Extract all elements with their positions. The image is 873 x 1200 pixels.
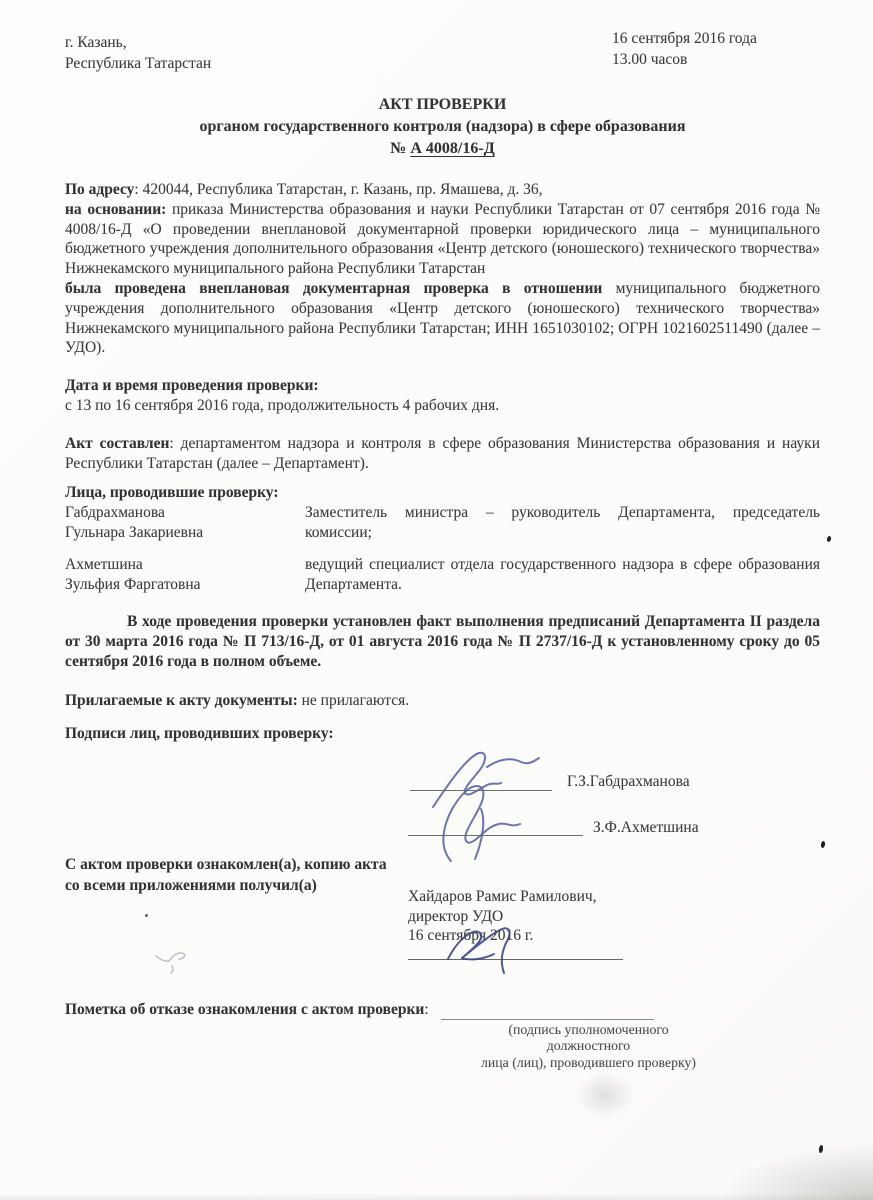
- basis-label: на основании:: [65, 201, 166, 218]
- address-text: : 420044, Республика Татарстан, г. Казан…: [134, 181, 542, 198]
- pencil-mark: [152, 942, 192, 976]
- title-number-line: № А 4008/16-Д: [65, 138, 820, 160]
- person-name-block: Ахметшина Зульфия Фаргатовна: [65, 555, 305, 595]
- refusal-colon: :: [424, 1001, 428, 1018]
- signature-khaidarov: [440, 921, 535, 976]
- date-block: 16 сентября 2016 года 13.00 часов: [612, 28, 757, 70]
- address-paragraph: По адресу: 420044, Республика Татарстан,…: [65, 180, 820, 200]
- date-line: 16 сентября 2016 года: [612, 28, 757, 49]
- ink-speck: [826, 536, 831, 543]
- refusal-blank-line: [441, 1004, 654, 1020]
- refusal-note-line-1: (подпись уполномоченного должностного: [470, 1022, 707, 1055]
- persons-section: Лица, проводившие проверку: Габдрахманов…: [65, 483, 820, 594]
- act-composed-paragraph: Акт составлен: департаментом надзора и к…: [65, 434, 820, 474]
- ink-speck: [820, 841, 825, 849]
- scanner-bottom-shadow: [0, 1193, 873, 1200]
- signatures-heading: Подписи лиц, проводивших проверку:: [65, 724, 820, 744]
- findings-paragraph: В ходе проведения проверки установлен фа…: [65, 612, 820, 671]
- intro-paragraphs: По адресу: 420044, Республика Татарстан,…: [65, 180, 820, 358]
- conducted-label: была проведена внеплановая документарная…: [65, 280, 602, 297]
- stamp-smudge: [575, 1072, 635, 1118]
- person-role: ведущий специалист отдела государственно…: [305, 555, 820, 595]
- director-name: Хайдаров Рамис Рамилович,: [408, 887, 698, 907]
- persons-heading: Лица, проводившие проверку:: [65, 483, 820, 503]
- attachments-text: не прилагаются.: [298, 692, 409, 709]
- place-block: г. Казань, Республика Татарстан: [65, 32, 211, 74]
- title-number: А 4008/16-Д: [410, 140, 494, 157]
- person-given-name: Гульнара Закариевна: [65, 523, 305, 543]
- attachments-paragraph: Прилагаемые к акту документы: не прилага…: [65, 691, 820, 711]
- place-line-city: г. Казань,: [65, 32, 211, 53]
- time-line: 13.00 часов: [612, 49, 757, 70]
- conducted-paragraph: была проведена внеплановая документарная…: [65, 279, 820, 358]
- refusal-note: (подпись уполномоченного должностного ли…: [470, 1022, 707, 1072]
- title-main: АКТ ПРОВЕРКИ: [65, 94, 820, 116]
- signature-line: [408, 835, 583, 836]
- basis-text: приказа Министерства образования и науки…: [65, 201, 820, 277]
- signatures-area: Г.З.Габдрахманова З.Ф.Ахметшина: [65, 743, 820, 851]
- signer-name: З.Ф.Ахметшина: [593, 819, 699, 837]
- document-header: г. Казань, Республика Татарстан 16 сентя…: [65, 28, 820, 78]
- inspection-datetime-section: Дата и время проведения проверки: с 13 п…: [65, 376, 820, 416]
- place-line-region: Республика Татарстан: [65, 53, 211, 74]
- title-number-prefix: №: [390, 140, 410, 157]
- title-subtitle: органом государственного контроля (надзо…: [65, 116, 820, 138]
- signer-name: Г.З.Габдрахманова: [567, 773, 690, 791]
- person-row: Ахметшина Зульфия Фаргатовна ведущий спе…: [65, 555, 820, 595]
- person-surname: Ахметшина: [65, 555, 305, 575]
- refusal-label: Пометка об отказе ознакомления с актом п…: [65, 1001, 424, 1018]
- person-name-block: Габдрахманова Гульнара Закариевна: [65, 503, 305, 543]
- scanner-corner-shadow: [723, 1145, 873, 1200]
- person-surname: Габдрахманова: [65, 503, 305, 523]
- document-content: г. Казань, Республика Татарстан 16 сентя…: [65, 28, 820, 1071]
- act-composed-label: Акт составлен: [65, 435, 169, 452]
- person-given-name: Зульфия Фаргатовна: [65, 575, 305, 595]
- director-block: Хайдаров Рамис Рамилович, директор УДО 1…: [408, 887, 698, 960]
- document-title: АКТ ПРОВЕРКИ органом государственного ко…: [65, 94, 820, 160]
- attachments-label: Прилагаемые к акту документы:: [65, 692, 298, 709]
- address-label: По адресу: [65, 181, 134, 198]
- basis-paragraph: на основании: приказа Министерства образ…: [65, 200, 820, 279]
- act-composed-text: : департаментом надзора и контроля в сфе…: [65, 435, 820, 472]
- inspection-datetime-heading: Дата и время проведения проверки:: [65, 376, 820, 396]
- signature-akhmetshina: [423, 779, 543, 864]
- refusal-row: Пометка об отказе ознакомления с актом п…: [65, 1000, 820, 1020]
- refusal-label-line: Пометка об отказе ознакомления с актом п…: [65, 1000, 429, 1020]
- person-role: Заместитель министра – руководитель Депа…: [305, 503, 820, 543]
- person-row: Габдрахманова Гульнара Закариевна Замест…: [65, 503, 820, 543]
- scanned-document-page: г. Казань, Республика Татарстан 16 сентя…: [0, 0, 873, 1200]
- ink-speck: [145, 914, 148, 917]
- refusal-note-line-2: лица (лиц), проводившего проверку): [470, 1055, 707, 1072]
- inspection-datetime-text: с 13 по 16 сентября 2016 года, продолжит…: [65, 396, 820, 416]
